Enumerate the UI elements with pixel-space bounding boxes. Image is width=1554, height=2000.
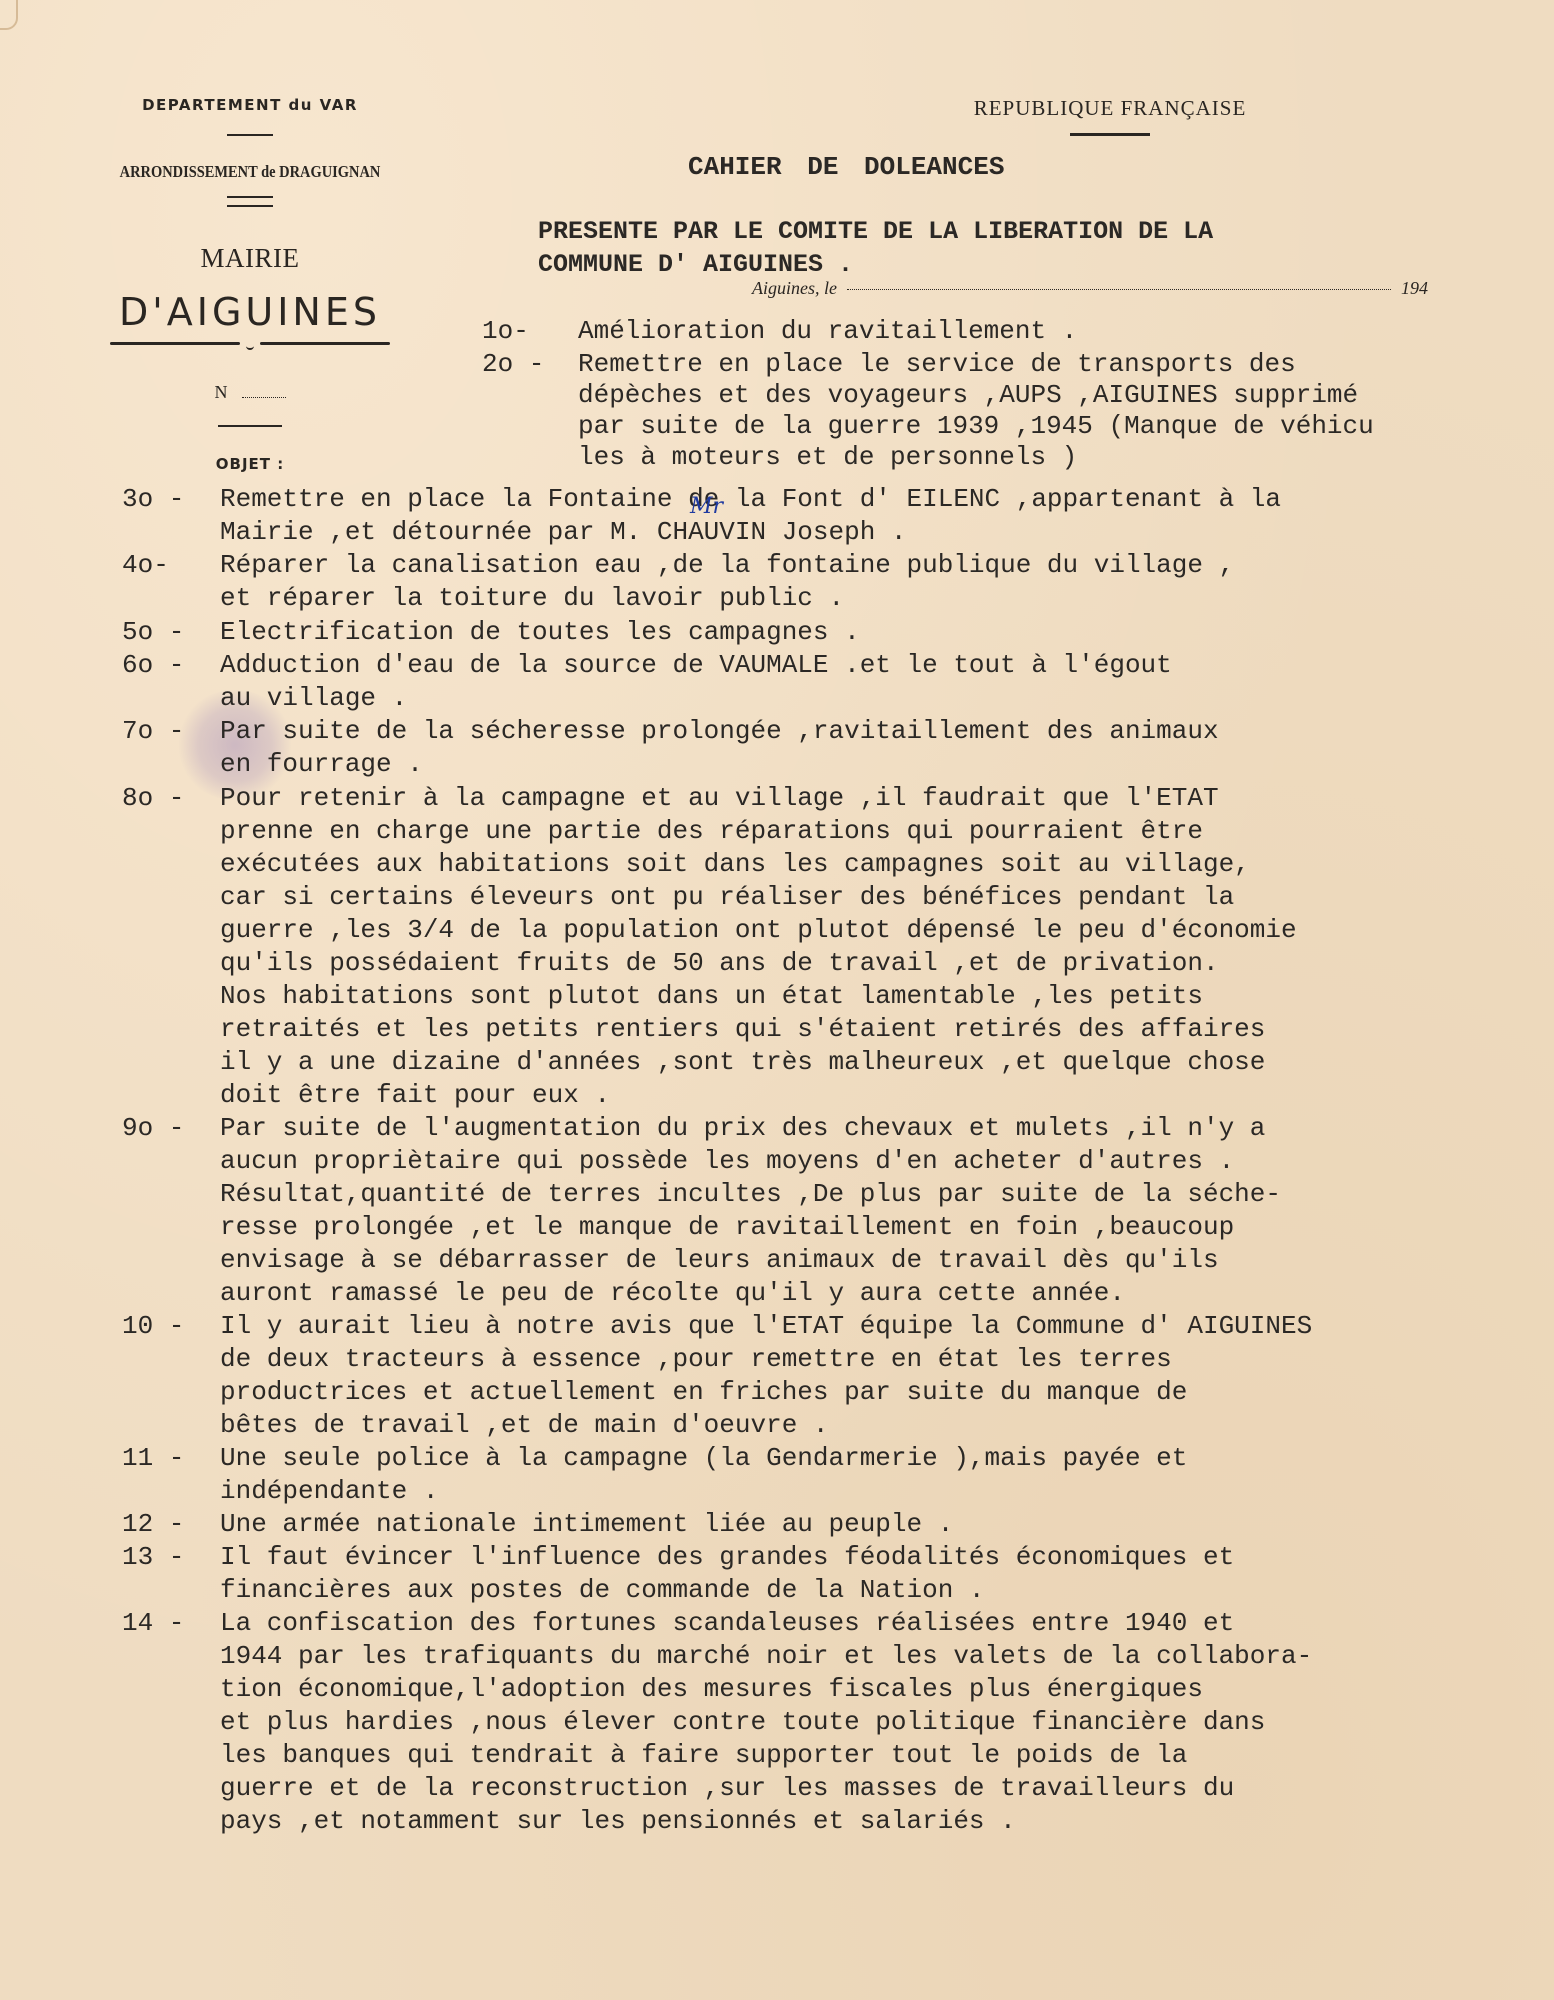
item-line: par suite de la guerre 1939 ,1945 (Manqu… [578, 411, 1374, 441]
item-line: Il y aurait lieu à notre avis que l'ETAT… [220, 1311, 1312, 1341]
flourish-divider [100, 340, 400, 348]
item-line: exécutées aux habitations soit dans les … [220, 849, 1250, 879]
subtitle-line-2: COMMUNE D' AIGUINES . [538, 248, 1213, 281]
item-line: guerre et de la reconstruction ,sur les … [220, 1773, 1234, 1803]
paper-corner-fold [0, 0, 18, 30]
arrondissement-label: ARRONDISSEMENT de DRAGUIGNAN [89, 162, 412, 182]
divider [227, 134, 273, 136]
item-line: Une armée nationale intimement liée au p… [220, 1509, 953, 1539]
item-line: Electrification de toutes les campagnes … [220, 617, 860, 647]
document-title: CAHIER DE DOLEANCES [688, 152, 1004, 182]
item-line: tion économique,l'adoption des mesures f… [220, 1674, 1203, 1704]
item-number: 12 - [122, 1509, 184, 1539]
item-line: Par suite de la sécheresse prolongée ,ra… [220, 716, 1219, 746]
item-line: il y a une dizaine d'années ,sont très m… [220, 1047, 1265, 1077]
item-line: Mairie ,et détournée par M. CHAUVIN Jose… [220, 517, 907, 547]
department-label: DEPARTEMENT du VAR [60, 96, 440, 114]
item-number: 10 - [122, 1311, 184, 1341]
number-label: N [215, 382, 228, 403]
document-subtitle: PRESENTE PAR LE COMITE DE LA LIBERATION … [538, 215, 1213, 281]
item-number: 1o- [482, 316, 529, 346]
divider [218, 425, 282, 427]
date-prefix: Aiguines, le [752, 278, 837, 299]
item-line: Une seule police à la campagne (la Genda… [220, 1443, 1187, 1473]
item-line: de deux tracteurs à essence ,pour remett… [220, 1344, 1172, 1374]
item-number: 2o - [482, 349, 544, 379]
subtitle-line-1: PRESENTE PAR LE COMITE DE LA LIBERATION … [538, 215, 1213, 248]
item-line: Remettre en place la Fontaine de la Font… [220, 484, 1281, 514]
mairie-label: MAIRIE [60, 243, 440, 274]
number-field: N [60, 382, 440, 403]
item-line: Pour retenir à la campagne et au village… [220, 783, 1219, 813]
item-number: 5o - [122, 617, 184, 647]
date-line: Aiguines, le 194 [752, 278, 1428, 299]
item-number: 13 - [122, 1542, 184, 1572]
item-number: 4o- [122, 550, 169, 580]
divider [1070, 133, 1150, 136]
item-number: 14 - [122, 1608, 184, 1638]
item-line: 1944 par les trafiquants du marché noir … [220, 1641, 1312, 1671]
item-line: guerre ,les 3/4 de la population ont plu… [220, 915, 1297, 945]
item-line: Résultat,quantité de terres incultes ,De… [220, 1179, 1281, 1209]
double-divider [227, 196, 273, 207]
item-number: 11 - [122, 1443, 184, 1473]
item-line: La confiscation des fortunes scandaleuse… [220, 1608, 1234, 1638]
item-line: en fourrage . [220, 749, 423, 779]
item-line: Réparer la canalisation eau ,de la fonta… [220, 550, 1234, 580]
item-line: dépèches et des voyageurs ,AUPS ,AIGUINE… [578, 380, 1358, 410]
item-line: resse prolongée ,et le manque de ravitai… [220, 1212, 1234, 1242]
item-line: Par suite de l'augmentation du prix des … [220, 1113, 1265, 1143]
item-number: 6o - [122, 650, 184, 680]
handwritten-correction: Mr [690, 494, 723, 519]
item-line: indépendante . [220, 1476, 438, 1506]
item-number: 3o - [122, 484, 184, 514]
item-line: Il faut évincer l'influence des grandes … [220, 1542, 1234, 1572]
date-blank [847, 289, 1391, 290]
item-number: 7o - [122, 716, 184, 746]
item-line: Adduction d'eau de la source de VAUMALE … [220, 650, 1172, 680]
item-line: bêtes de travail ,et de main d'oeuvre . [220, 1410, 829, 1440]
letterhead-left: DEPARTEMENT du VAR ARRONDISSEMENT de DRA… [60, 96, 440, 473]
item-line: auront ramassé le peu de récolte qu'il y… [220, 1278, 1125, 1308]
number-blank [242, 397, 286, 398]
item-line: financières aux postes de commande de la… [220, 1575, 985, 1605]
item-line: retraités et les petits rentiers qui s'é… [220, 1014, 1265, 1044]
item-number: 9o - [122, 1113, 184, 1143]
date-suffix: 194 [1401, 278, 1428, 299]
item-line: Remettre en place le service de transpor… [578, 349, 1296, 379]
item-line: car si certains éleveurs ont pu réaliser… [220, 882, 1234, 912]
item-line: et réparer la toiture du lavoir public . [220, 583, 844, 613]
item-line: pays ,et notamment sur les pensionnés et… [220, 1806, 1016, 1836]
republic-label: REPUBLIQUE FRANÇAISE [900, 96, 1320, 121]
document-page: DEPARTEMENT du VAR ARRONDISSEMENT de DRA… [0, 0, 1554, 2000]
item-line: Amélioration du ravitaillement . [578, 316, 1077, 346]
letterhead-right: REPUBLIQUE FRANÇAISE [900, 96, 1320, 136]
item-number: 8o - [122, 783, 184, 813]
item-line: doit être fait pour eux . [220, 1080, 610, 1110]
objet-label: OBJET : [60, 455, 440, 473]
item-line: les à moteurs et de personnels ) [578, 442, 1077, 472]
commune-name: D'AIGUINES [60, 290, 440, 334]
item-line: Nos habitations sont plutot dans un état… [220, 981, 1203, 1011]
item-line: envisage à se débarrasser de leurs anima… [220, 1245, 1219, 1275]
item-line: les banques qui tendrait à faire support… [220, 1740, 1187, 1770]
item-line: et plus hardies ,nous élever contre tout… [220, 1707, 1265, 1737]
item-line: productrices et actuellement en friches … [220, 1377, 1187, 1407]
item-line: aucun propriètaire qui possède les moyen… [220, 1146, 1234, 1176]
item-line: qu'ils possédaient fruits de 50 ans de t… [220, 948, 1219, 978]
item-line: prenne en charge une partie des réparati… [220, 816, 1203, 846]
item-line: au village . [220, 683, 407, 713]
